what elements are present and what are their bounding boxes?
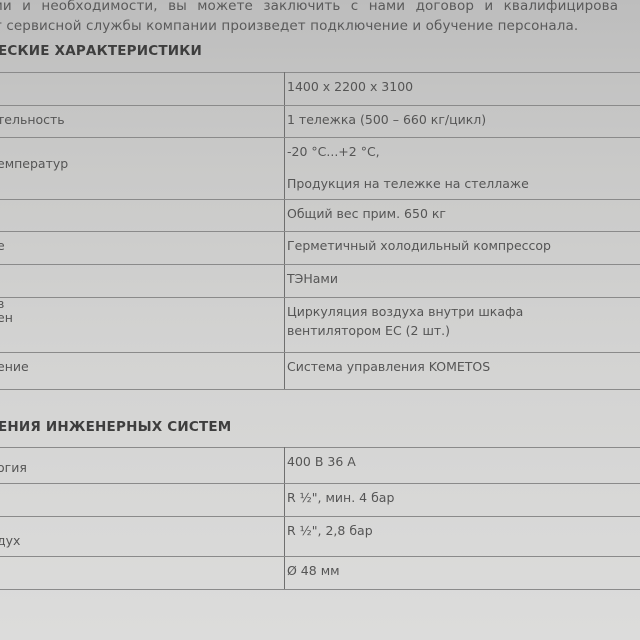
- section-title-characteristics: ЕСКИЕ ХАРАКТЕРИСТИКИ: [0, 43, 640, 69]
- spec-value: Система управления KOMETOS: [285, 353, 640, 390]
- spec-key: [0, 484, 285, 517]
- spec-value: 1 тележка (500 – 660 кг/цикл): [285, 106, 640, 138]
- spec-value-line: вентилятором EC (2 шт.): [287, 323, 450, 338]
- intro-line-2: т сервисной службы компании произведет п…: [0, 18, 578, 34]
- spec-value-line: -20 °C...+2 °C,: [287, 144, 380, 159]
- table-row: емператур -20 °C...+2 °C, Продукция на т…: [0, 138, 640, 200]
- spec-value: 400 В 36 А: [285, 448, 640, 484]
- spec-key: [0, 73, 285, 106]
- spec-value: Ø 48 мм: [285, 557, 640, 590]
- table-row: огия 400 В 36 А: [0, 448, 640, 484]
- spec-key: огия: [0, 448, 285, 484]
- table-row: Общий вес прим. 650 кг: [0, 200, 640, 232]
- spec-value-line: Циркуляция воздуха внутри шкафа: [287, 304, 523, 319]
- spec-value: Герметичный холодильный компрессор: [285, 232, 640, 265]
- table-row: ТЭНами: [0, 265, 640, 298]
- spec-key: [0, 557, 285, 590]
- spec-value: Общий вес прим. 650 кг: [285, 200, 640, 232]
- spec-key: тельность: [0, 106, 285, 138]
- document-page: ии и необходимости, вы можете заключить …: [0, 0, 640, 69]
- intro-paragraph: ии и необходимости, вы можете заключить …: [0, 0, 640, 36]
- spec-value: R ½", 2,8 бар: [285, 517, 640, 557]
- spec-value: R ½", мин. 4 бар: [285, 484, 640, 517]
- table-row: Ø 48 мм: [0, 557, 640, 590]
- spec-value: 1400 x 2200 x 3100: [285, 73, 640, 106]
- table-row: в ен Циркуляция воздуха внутри шкафа вен…: [0, 298, 640, 353]
- spec-value: Циркуляция воздуха внутри шкафа вентилят…: [285, 298, 640, 353]
- table-row: R ½", мин. 4 бар: [0, 484, 640, 517]
- spec-value: ТЭНами: [285, 265, 640, 298]
- table-row: тельность 1 тележка (500 – 660 кг/цикл): [0, 106, 640, 138]
- table-row: е Герметичный холодильный компрессор: [0, 232, 640, 265]
- table-row: дух R ½", 2,8 бар: [0, 517, 640, 557]
- specs-table: 1400 x 2200 x 3100 тельность 1 тележка (…: [0, 72, 640, 390]
- section-title-engineering-systems: ЕНИЯ ИНЖЕНЕРНЫХ СИСТЕМ: [0, 419, 231, 435]
- spec-key: [0, 265, 285, 298]
- intro-line-1: ии и необходимости, вы можете заключить …: [0, 0, 618, 14]
- spec-key: е: [0, 232, 285, 265]
- spec-key: емператур: [0, 138, 285, 200]
- spec-value: -20 °C...+2 °C, Продукция на тележке на …: [285, 138, 640, 200]
- spec-key: [0, 200, 285, 232]
- table-row: 1400 x 2200 x 3100: [0, 73, 640, 106]
- spec-key: дух: [0, 517, 285, 557]
- spec-key: в ен: [0, 298, 285, 353]
- connections-table: огия 400 В 36 А R ½", мин. 4 бар дух R ½…: [0, 447, 640, 590]
- table-row: ение Система управления KOMETOS: [0, 353, 640, 390]
- spec-key: ение: [0, 353, 285, 390]
- spec-value-line: Продукция на тележке на стеллаже: [287, 174, 640, 193]
